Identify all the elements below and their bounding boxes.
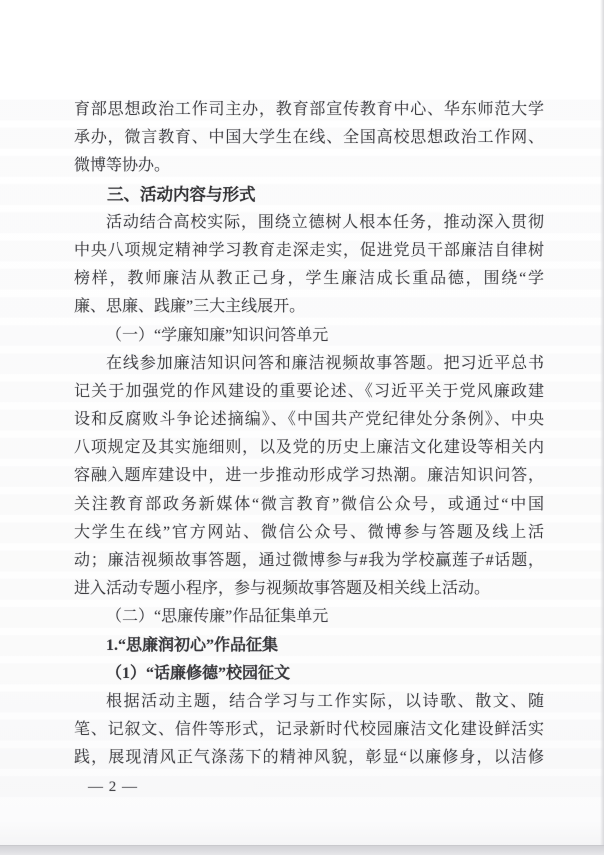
body-line: 微博等协办。 bbox=[74, 152, 544, 180]
body-line: 关注教育部政务新媒体“微言教育”微信公众号，或通过“中国 bbox=[74, 491, 544, 519]
body-line: 笔、记叙文、信件等形式，记录新时代校园廉洁文化建设鲜活实 bbox=[74, 716, 544, 744]
body-line: 根据活动主题，结合学习与工作实际，以诗歌、散文、随 bbox=[74, 688, 544, 716]
body-line: 榜样，教师廉洁从教正己身，学生廉洁成长重品德，围绕“学 bbox=[74, 265, 544, 293]
page-number: — 2 — bbox=[74, 773, 544, 801]
item-heading-2: （1）“话廉修德”校园征文 bbox=[74, 660, 544, 688]
body-line: 育部思想政治工作司主办，教育部宣传教育中心、华东师范大学 bbox=[74, 96, 544, 124]
document-page: 育部思想政治工作司主办，教育部宣传教育中心、华东师范大学 承办，微言教育、中国大… bbox=[0, 0, 604, 855]
body-line: 容融入题库建设中，进一步推动形成学习热潮。廉洁知识问答， bbox=[74, 462, 544, 490]
subsection-heading-1: （一）“学廉知廉”知识问答单元 bbox=[74, 322, 544, 350]
body-line: 大学生在线”官方网站、微信公众号、微博参与答题及线上活 bbox=[74, 519, 544, 547]
subsection-heading-2: （二）“思廉传廉”作品征集单元 bbox=[74, 603, 544, 631]
page-bottom-edge-shadow bbox=[0, 845, 604, 855]
body-line: 进入活动专题小程序，参与视频故事答题及相关线上活动。 bbox=[74, 575, 544, 603]
body-line: 在线参加廉洁知识问答和廉洁视频故事答题。把习近平总书 bbox=[74, 350, 544, 378]
body-line: 践，展现清风正气涤荡下的精神风貌，彰显“以廉修身，以洁修 bbox=[74, 744, 544, 772]
body-line: 活动结合高校实际，围绕立德树人根本任务，推动深入贯彻 bbox=[74, 209, 544, 237]
body-line: 动；廉洁视频故事答题，通过微博参与#我为学校赢莲子#话题， bbox=[74, 547, 544, 575]
body-line: 设和反腐败斗争论述摘编》、《中国共产党纪律处分条例》、中央 bbox=[74, 406, 544, 434]
page-body: 育部思想政治工作司主办，教育部宣传教育中心、华东师范大学 承办，微言教育、中国大… bbox=[74, 96, 544, 801]
section-heading-3: 三、活动内容与形式 bbox=[74, 181, 544, 209]
body-line: 中央八项规定精神学习教育走深走实，促进党员干部廉洁自律树 bbox=[74, 237, 544, 265]
body-line: 八项规定及其实施细则，以及党的历史上廉洁文化建设等相关内 bbox=[74, 434, 544, 462]
item-heading-1: 1.“思廉润初心”作品征集 bbox=[74, 632, 544, 660]
body-line: 承办，微言教育、中国大学生在线、全国高校思想政治工作网、 bbox=[74, 124, 544, 152]
body-line: 廉、思廉、践廉”三大主线展开。 bbox=[74, 293, 544, 321]
body-line: 记关于加强党的作风建设的重要论述、《习近平关于党风廉政建 bbox=[74, 378, 544, 406]
page-right-edge-shadow bbox=[600, 0, 604, 855]
